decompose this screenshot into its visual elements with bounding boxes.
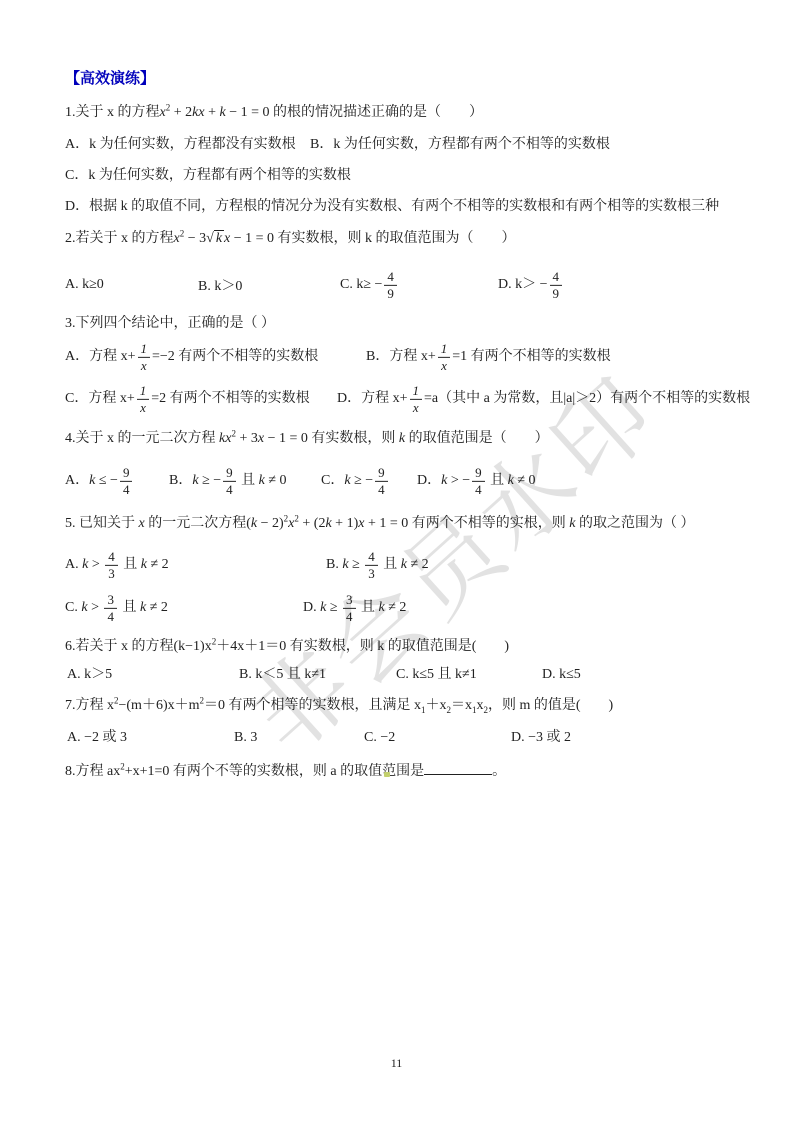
question-3-options-row-2: C．方程 x+1x=2 有两个不相等的实数根 D．方程 x+1x=a（其中 a … xyxy=(0,376,793,422)
question-3-stem: 3.下列四个结论中，正确的是（ ） xyxy=(65,315,275,334)
question-4-options: A．k ≤ −94 B．k ≥ −94 且 k ≠ 0 C．k ≥ −94 D．… xyxy=(0,458,793,504)
question-2-option-d: D. k＞ −49 xyxy=(498,270,564,300)
question-2-option-b: B. k＞0 xyxy=(198,275,242,295)
question-5-option-b: B. k ≥ 43 且 k ≠ 2 xyxy=(326,550,429,580)
question-8-stem: 8.方程 ax2+x+1=0 有两个不等的实数根，则 a 的取值范围是。 xyxy=(65,760,506,782)
question-3-option-c: C．方程 x+1x=2 有两个不相等的实数根 xyxy=(65,384,310,414)
question-5-option-d: D. k ≥ 34 且 k ≠ 2 xyxy=(303,593,406,623)
question-1-option-d: D．根据 k 的取值不同，方程根的情况分为没有实数根、有两个不相等的实数根和有两… xyxy=(65,198,719,217)
question-1-stem: 1.关于 x 的方程x2 + 2kx + k − 1 = 0 的根的情况描述正确… xyxy=(65,104,483,123)
question-6-option-a: A. k＞5 xyxy=(67,666,112,685)
question-2-options: A. k≥0 B. k＞0 C. k≥ −49 D. k＞ −49 xyxy=(0,260,793,310)
question-6-option-b: B. k＜5 且 k≠1 xyxy=(239,666,326,685)
question-7-option-d: D. −3 或 2 xyxy=(511,729,571,748)
question-4-option-a: A．k ≤ −94 xyxy=(65,466,134,496)
question-5-stem: 5. 已知关于 x 的一元二次方程(k − 2)2x2 + (2k + 1)x … xyxy=(65,515,694,534)
question-4-stem: 4.关于 x 的一元二次方程 kx2 + 3x − 1 = 0 有实数根，则 k… xyxy=(65,430,549,449)
question-6-option-d: D. k≤5 xyxy=(542,666,581,685)
highlight-dot xyxy=(384,772,390,777)
question-5-option-a: A. k > 43 且 k ≠ 2 xyxy=(65,550,169,580)
question-4-option-c: C．k ≥ −94 xyxy=(321,466,390,496)
question-5-option-c: C. k > 34 且 k ≠ 2 xyxy=(65,593,168,623)
question-3-option-b: B．方程 x+1x=1 有两个不相等的实数根 xyxy=(366,342,611,372)
question-3-option-d: D．方程 x+1x=a（其中 a 为常数，且|a|＞2）有两个不相等的实数根 xyxy=(337,384,750,414)
question-1-option-a: A．k 为任何实数，方程都没有实数根 xyxy=(65,136,296,155)
question-1-option-c: C．k 为任何实数，方程都有两个相等的实数根 xyxy=(65,167,351,186)
question-1-option-b: B．k 为任何实数，方程都有两个不相等的实数根 xyxy=(310,136,610,155)
question-3-option-a: A．方程 x+1x=−2 有两个不相等的实数根 xyxy=(65,342,318,372)
question-2-stem: 2.若关于 x 的方程x2 − 3√kx − 1 = 0 有实数根，则 k 的取… xyxy=(65,230,516,249)
question-2-option-a: A. k≥0 xyxy=(65,277,104,293)
section-heading: 【高效演练】 xyxy=(65,67,155,88)
question-2-option-c: C. k≥ −49 xyxy=(340,270,399,300)
page-number: 11 xyxy=(0,1056,793,1071)
question-7-option-a: A. −2 或 3 xyxy=(67,729,127,748)
question-4-option-b: B．k ≥ −94 且 k ≠ 0 xyxy=(169,466,287,496)
question-7-option-b: B. 3 xyxy=(234,729,257,748)
question-6-stem: 6.若关于 x 的方程(k−1)x2＋4x＋1＝0 有实数根，则 k 的取值范围… xyxy=(65,638,509,657)
question-4-option-d: D．k > −94 且 k ≠ 0 xyxy=(417,466,536,496)
question-7-option-c: C. −2 xyxy=(364,729,395,748)
question-6-option-c: C. k≤5 且 k≠1 xyxy=(396,666,477,685)
question-5-options-row-1: A. k > 43 且 k ≠ 2 B. k ≥ 43 且 k ≠ 2 xyxy=(0,542,793,588)
question-5-options-row-2: C. k > 34 且 k ≠ 2 D. k ≥ 34 且 k ≠ 2 xyxy=(0,585,793,631)
question-3-options-row-1: A．方程 x+1x=−2 有两个不相等的实数根 B．方程 x+1x=1 有两个不… xyxy=(0,334,793,380)
question-7-stem: 7.方程 x2−(m＋6)x＋m2＝0 有两个相等的实数根，且满足 x1＋x2＝… xyxy=(65,697,613,716)
worksheet-page: 非会员水印 【高效演练】 1.关于 x 的方程x2 + 2kx + k − 1 … xyxy=(0,0,793,1122)
